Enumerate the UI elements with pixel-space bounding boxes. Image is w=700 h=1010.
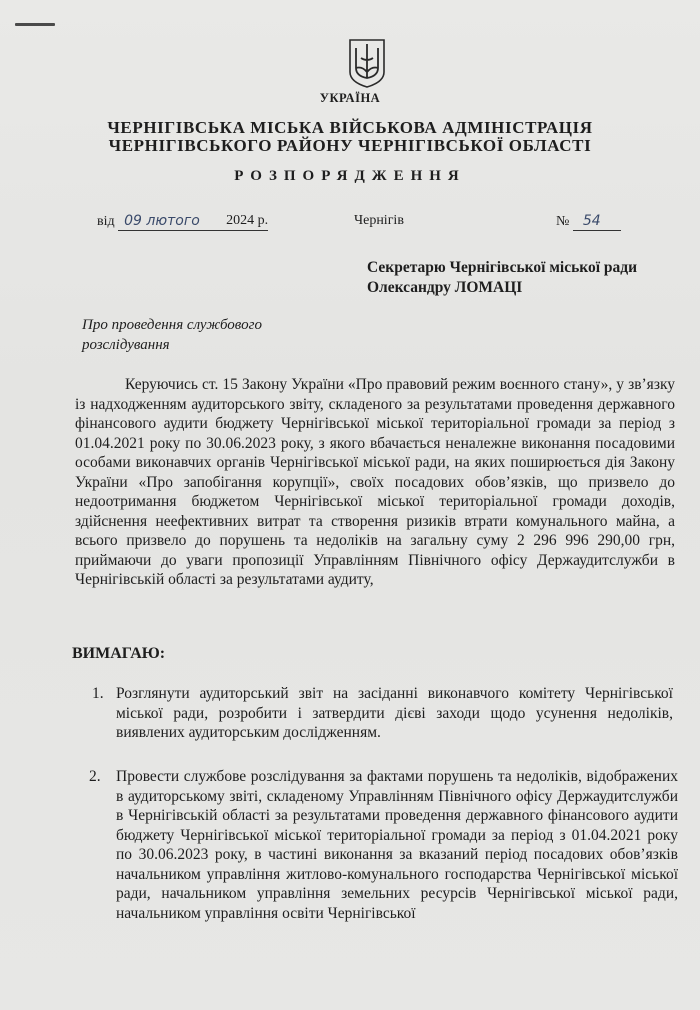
list-item: 1. Розглянути аудиторський звіт на засід… [116, 684, 673, 743]
item-text: Провести службове розслідування за факта… [116, 768, 678, 922]
country-name: УКРАЇНА [0, 91, 700, 106]
tryzub-icon [348, 38, 386, 88]
date-prefix: від [97, 214, 115, 229]
subject-line1: Про проведення службового [82, 317, 262, 334]
demand-heading: ВИМАГАЮ: [72, 645, 165, 663]
number-label: № [556, 214, 569, 229]
addressee-line2: Олександру ЛОМАЦІ [367, 279, 522, 297]
preamble: Керуючись ст. 15 Закону України «Про пра… [75, 375, 675, 590]
document-page: УКРАЇНА ЧЕРНІГІВСЬКА МІСЬКА ВІЙСЬКОВА АД… [0, 0, 700, 1010]
subject-line2: розслідування [82, 337, 170, 354]
date-handwritten: 09 лютого [118, 213, 200, 229]
number-handwritten: 54 [573, 213, 601, 229]
org-name-line1: ЧЕРНІГІВСЬКА МІСЬКА ВІЙСЬКОВА АДМІНІСТРА… [0, 118, 700, 138]
addressee-line1: Секретарю Чернігівської міської ради [367, 259, 637, 277]
item-number: 2. [89, 767, 101, 787]
list-item: 2. Провести службове розслідування за фа… [116, 767, 678, 923]
document-city: Чернігів [354, 213, 404, 229]
document-type: РОЗПОРЯДЖЕННЯ [0, 168, 700, 185]
item-number: 1. [92, 684, 104, 704]
staple-mark [15, 23, 55, 26]
document-number: № 54 [556, 213, 621, 231]
preamble-text: Керуючись ст. 15 Закону України «Про пра… [75, 375, 675, 590]
org-name-line2: ЧЕРНІГІВСЬКОГО РАЙОНУ ЧЕРНІГІВСЬКОЇ ОБЛА… [0, 136, 700, 156]
item-text: Розглянути аудиторський звіт на засіданн… [116, 685, 673, 741]
date-year: 2024 р. [226, 213, 268, 229]
document-date: від 09 лютого 2024 р. [97, 213, 268, 231]
